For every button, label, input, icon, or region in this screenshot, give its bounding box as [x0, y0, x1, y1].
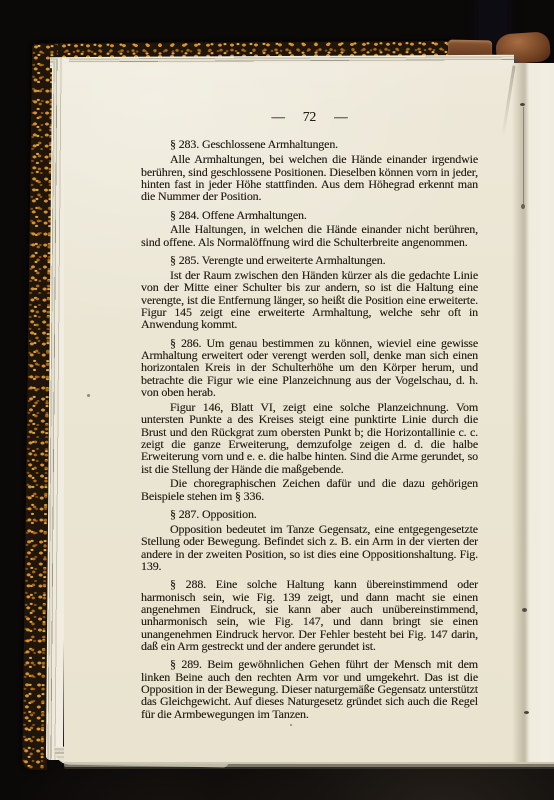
book-photo-scene: — 72 — § 283. Geschlossene Armhaltungen.…	[0, 0, 554, 800]
section-heading-287: § 287. Opposition.	[141, 508, 478, 520]
paper-speck	[290, 724, 292, 726]
section-paragraph-289: § 289. Beim gewöhnlichen Gehen führt der…	[141, 658, 478, 720]
binding-stitch	[522, 608, 527, 612]
section-heading-285: § 285. Verengte und erweiterte Armhaltun…	[141, 254, 478, 266]
page-number: 72	[303, 111, 316, 123]
section-paragraph-286: § 286. Um genau bestimmen zu können, wie…	[141, 337, 478, 399]
binding-thread	[523, 107, 524, 209]
page-gutter-fold	[512, 63, 532, 762]
binding-stitch	[521, 204, 525, 209]
section-heading-283: § 283. Geschlossene Armhaltungen.	[141, 138, 478, 150]
header-dash-right: —	[334, 111, 347, 123]
binding-stitch	[520, 103, 525, 106]
binding-stitch	[524, 711, 529, 714]
body-paragraph: Opposition bedeutet im Tanze Gegensatz, …	[141, 523, 478, 572]
section-heading-284: § 284. Offene Armhaltungen.	[141, 209, 478, 221]
header-dash-left: —	[272, 111, 285, 123]
body-paragraph: Alle Armhaltungen, bei welchen die Hände…	[141, 153, 478, 202]
body-paragraph: Alle Haltungen, in welchen die Hände ein…	[141, 223, 478, 248]
page-header: — 72 —	[141, 111, 478, 123]
section-paragraph-288: § 288. Eine solche Haltung kann übereins…	[141, 578, 478, 652]
paper-speck	[87, 394, 90, 397]
book-page: — 72 — § 283. Geschlossene Armhaltungen.…	[64, 63, 554, 764]
facing-page-sliver	[530, 63, 554, 762]
body-paragraph: Ist der Raum zwischen den Händen kürzer …	[141, 269, 478, 331]
body-paragraph: Figur 146, Blatt VI, zeigt eine solche P…	[141, 401, 478, 475]
body-paragraph: Die choregraphischen Zeichen dafür und d…	[141, 477, 478, 502]
page-content: — 72 — § 283. Geschlossene Armhaltungen.…	[141, 111, 478, 720]
